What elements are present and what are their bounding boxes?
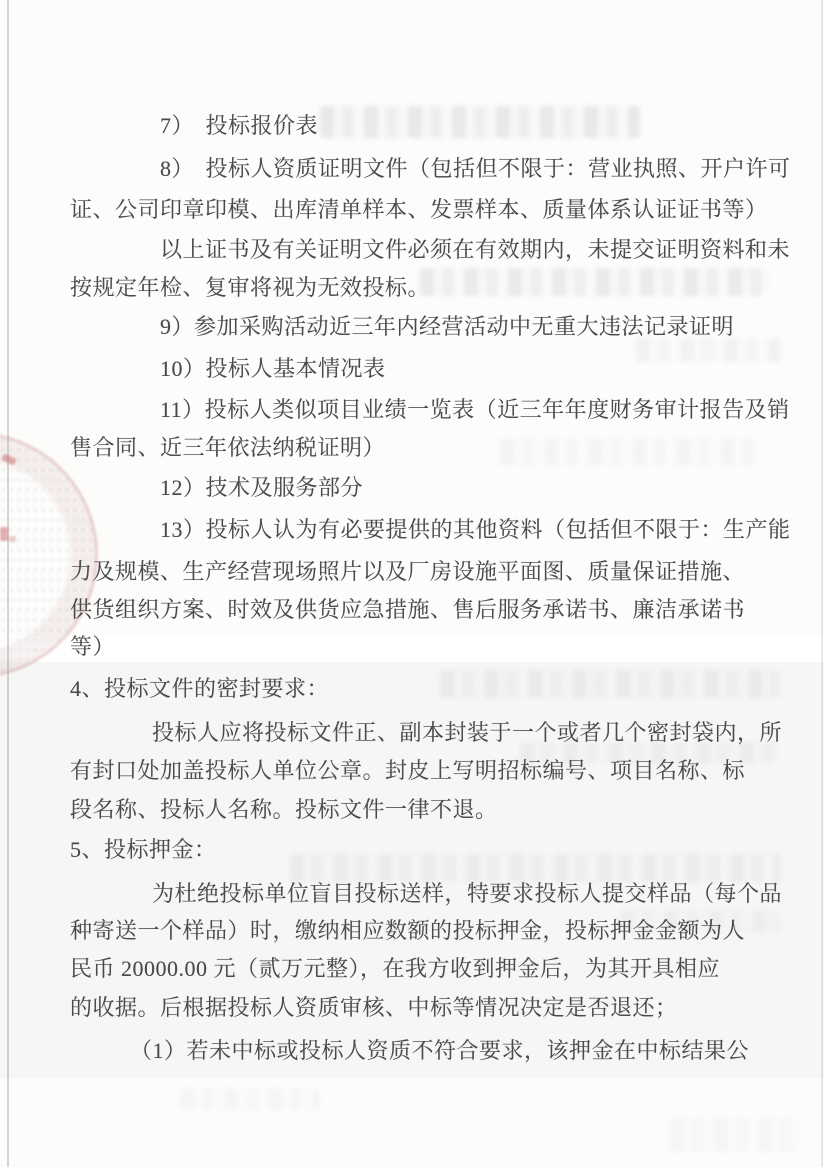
doc-line-item-12: 12）技术及服务部分 [70,474,824,501]
red-seal-fragment [9,536,16,542]
red-seal-fragment [0,527,8,541]
doc-line-item-13-cont: 力及规模、生产经营现场照片以及厂房设施平面图、质量保证措施、 [70,558,770,585]
doc-line-note: 以上证书及有关证明文件必须在有效期内，未提交证明资料和未 [70,236,824,263]
doc-line-item-8: 8） 投标人资质证明文件（包括但不限于：营业执照、开户许可 [70,155,824,182]
bleed-through-artifact [180,1088,320,1110]
doc-line-item-13: 13）投标人认为有必要提供的其他资料（包括但不限于：生产能 [70,516,824,543]
doc-line-section-4: 4、投标文件的密封要求： [70,675,770,702]
doc-line-subitem-1: （1）若未中标或投标人资质不符合要求，该押金在中标结果公 [70,1037,824,1064]
doc-line-item-11-cont: 售合同、近三年依法纳税证明） [70,434,770,461]
doc-line-section-5: 5、投标押金： [70,836,770,863]
doc-line-note-cont: 按规定年检、复审将视为无效投标。 [70,274,770,301]
doc-line-para: 为杜绝投标单位盲目投标送样，特要求投标人提交样品（每个品 [70,880,824,907]
scanned-document-page: 7） 投标报价表 8） 投标人资质证明文件（包括但不限于：营业执照、开户许可 证… [0,0,824,1167]
doc-line-item-11: 11）投标人类似项目业绩一览表（近三年年度财务审计报告及销 [70,396,824,423]
doc-line-para-cont: 种寄送一个样品）时，缴纳相应数额的投标押金，投标押金金额为人 [70,917,770,944]
doc-line-para: 投标人应将投标文件正、副本封装于一个或者几个密封袋内，所 [70,719,824,746]
doc-line-para-cont: 民币 20000.00 元（贰万元整），在我方收到押金后，为其开具相应 [70,955,770,982]
doc-line-item-13-end: 等） [70,633,770,660]
doc-line-para-cont: 的收据。后根据投标人资质审核、中标等情况决定是否退还； [70,994,770,1021]
doc-line-item-7: 7） 投标报价表 [70,112,824,139]
doc-line-para-cont: 段名称、投标人名称。投标文件一律不退。 [70,796,770,823]
doc-line-item-9: 9）参加采购活动近三年内经营活动中无重大违法记录证明 [70,313,824,340]
bleed-through-artifact [670,1118,800,1152]
doc-line-item-13-cont: 供货组织方案、时效及供货应急措施、售后服务承诺书、廉洁承诺书 [70,596,770,623]
doc-line-para-cont: 有封口处加盖投标人单位公章。封皮上写明招标编号、项目名称、标 [70,757,770,784]
doc-line-item-8-cont: 证、公司印章印模、出库清单样本、发票样本、质量体系认证证书等） [70,196,770,223]
doc-line-item-10: 10）投标人基本情况表 [70,355,824,382]
